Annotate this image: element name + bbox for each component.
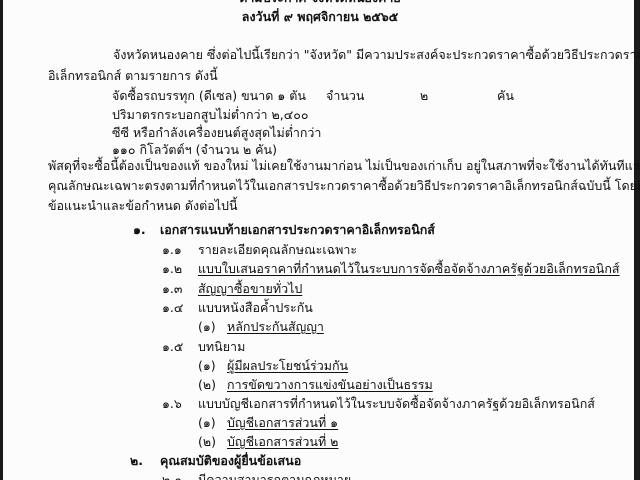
item-spec-1: ปริมาตรกระบอกสูบไม่ต่ำกว่า ๒,๔๐๐ bbox=[112, 107, 308, 123]
item-1-6-number: ๑.๖ bbox=[162, 396, 182, 412]
item-spec-2: ซีซี หรือกำลังเครื่องยนต์สูงสุดไม่ต่ำกว่… bbox=[112, 125, 321, 141]
item-1-5-number: ๑.๕ bbox=[162, 339, 183, 355]
item-1-6-1-link[interactable]: บัญชีเอกสารส่วนที่ ๑ bbox=[227, 415, 338, 431]
section-1-title: เอกสารแนบท้ายเอกสารประกวดราคาอิเล็กทรอนิ… bbox=[160, 222, 435, 238]
item-1-5-1-number: (๑) bbox=[198, 358, 216, 374]
header-announcement: ตามประกาศ จังหวัดหนองคาย bbox=[0, 0, 640, 6]
window-border-right bbox=[634, 0, 640, 480]
item-2-1-number: ๒.๑ bbox=[162, 472, 182, 480]
item-1-4-number: ๑.๔ bbox=[162, 300, 183, 316]
section-1-number: ๑. bbox=[133, 222, 146, 238]
intro-line-1: จังหวัดหนองคาย ซึ่งต่อไปนี้เรียกว่า "จัง… bbox=[113, 47, 640, 63]
item-1-2-link[interactable]: แบบใบเสนอราคาที่กำหนดไว้ในระบบการจัดซื้อ… bbox=[198, 261, 620, 277]
item-1-6-1-number: (๑) bbox=[198, 415, 216, 431]
item-1-1-number: ๑.๑ bbox=[162, 242, 182, 258]
item-1-5-1-link[interactable]: ผู้มีผลประโยชน์ร่วมกัน bbox=[227, 358, 348, 374]
item-1-6-2-number: (๒) bbox=[198, 434, 216, 450]
conditions-line-1: พัสดุที่จะซื้อนี้ต้องเป็นของแท้ ของใหม่ … bbox=[48, 158, 640, 174]
item-1-3-link[interactable]: สัญญาซื้อขายทั่วไป bbox=[198, 281, 302, 297]
item-1-4-text: แบบหนังสือค้ำประกัน bbox=[198, 300, 313, 316]
item-1-5-2-number: (๒) bbox=[198, 377, 216, 393]
item-1-3-number: ๑.๓ bbox=[162, 281, 182, 297]
intro-line-2: อิเล็กทรอนิกส์ ตามรายการ ดังนี้ bbox=[48, 68, 218, 84]
item-1-4-1-number: (๑) bbox=[198, 319, 216, 335]
item-1-1-text: รายละเอียดคุณลักษณะเฉพาะ bbox=[198, 242, 357, 258]
header-date: ลงวันที่ ๙ พฤศจิกายน ๒๕๖๕ bbox=[0, 9, 640, 25]
item-name: จัดซื้อรถบรรทุก (ดีเซล) ขนาด ๑ ตัน bbox=[112, 88, 306, 104]
item-spec-3: ๑๑๐ กิโลวัตต์ฯ (จำนวน ๒ คัน) bbox=[112, 142, 277, 158]
item-1-2-number: ๑.๒ bbox=[162, 261, 182, 277]
conditions-line-3: ข้อแนะนำและข้อกำหนด ดังต่อไปนี้ bbox=[48, 198, 238, 214]
item-qty-label: จำนวน bbox=[326, 88, 364, 104]
item-1-5-2-link[interactable]: การขัดขวางการแข่งขันอย่างเป็นธรรม bbox=[227, 377, 433, 393]
item-2-1-text: มีความสามารถตามกฎหมาย bbox=[198, 472, 351, 480]
item-1-5-text: บทนิยาม bbox=[198, 339, 245, 355]
section-2-number: ๒. bbox=[130, 453, 143, 469]
item-1-4-1-link[interactable]: หลักประกันสัญญา bbox=[227, 319, 324, 335]
conditions-line-2: คุณลักษณะเฉพาะตรงตามที่กำหนดไว้ในเอกสารป… bbox=[48, 178, 640, 194]
item-qty: ๒ bbox=[420, 88, 428, 104]
item-1-6-2-link[interactable]: บัญชีเอกสารส่วนที่ ๒ bbox=[227, 434, 338, 450]
item-unit: คัน bbox=[497, 88, 514, 104]
section-2-title: คุณสมบัติของผู้ยื่นข้อเสนอ bbox=[160, 453, 301, 469]
item-1-6-text: แบบบัญชีเอกสารที่กำหนดไว้ในระบบจัดซื้อจั… bbox=[198, 396, 595, 412]
